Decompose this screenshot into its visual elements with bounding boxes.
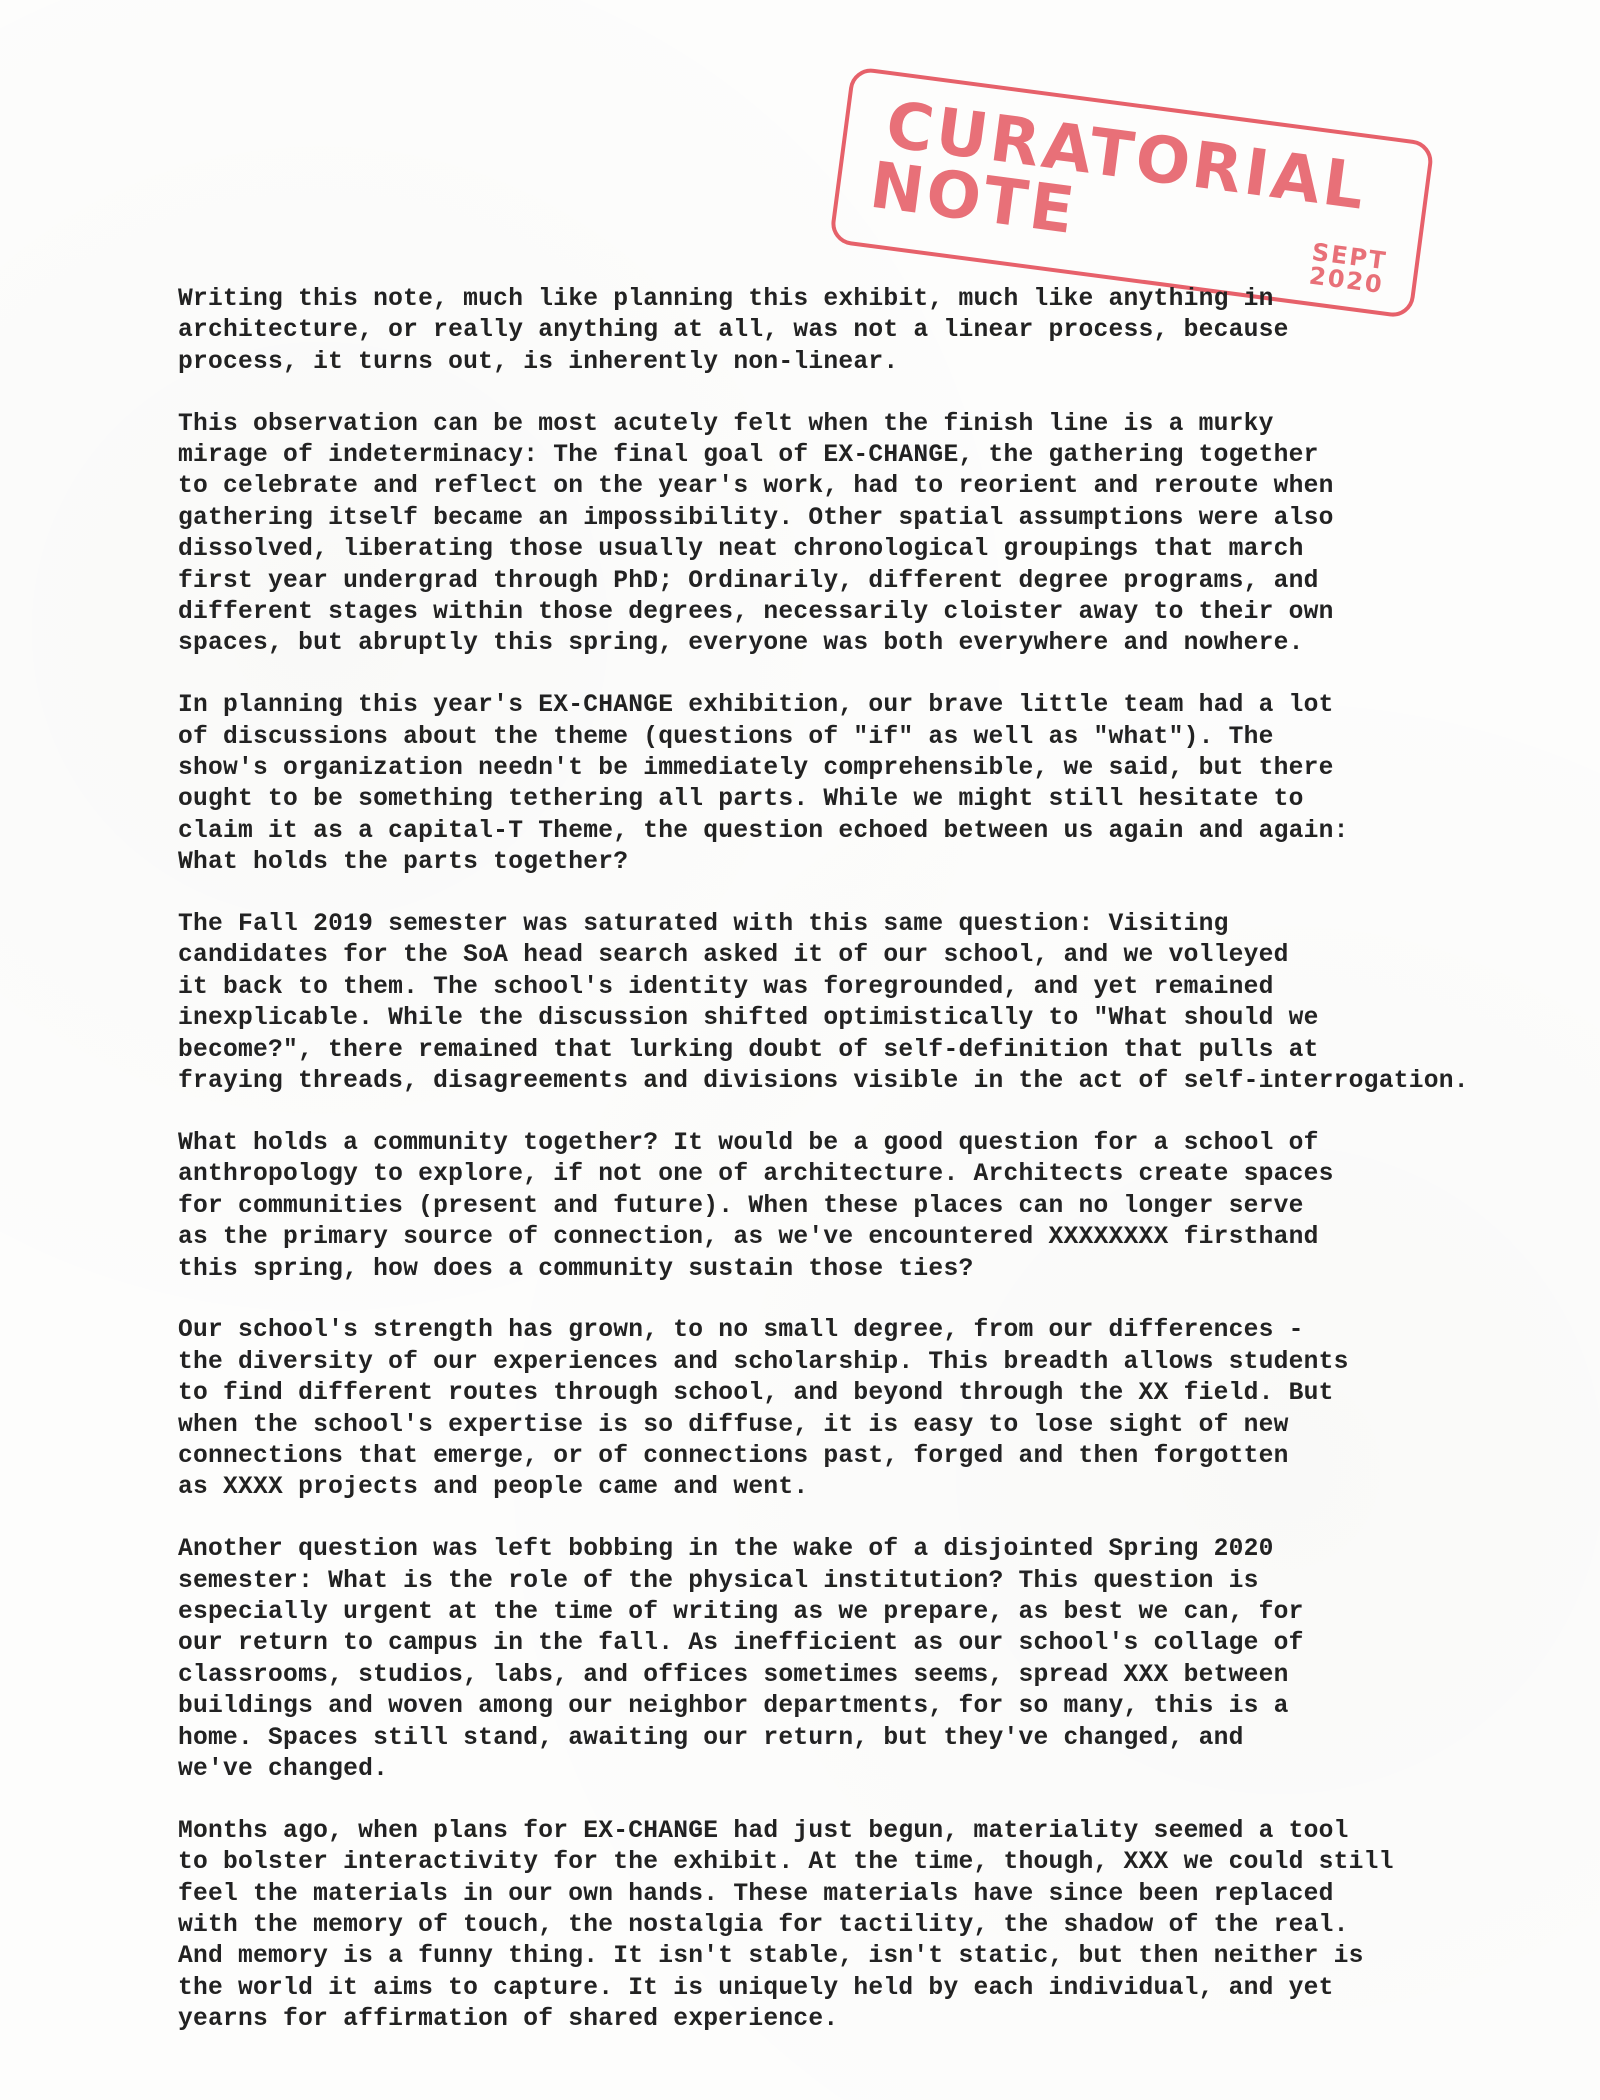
note-line: In planning this year's EX-CHANGE exhibi… bbox=[178, 690, 1538, 721]
note-line: architecture, or really anything at all,… bbox=[178, 315, 1538, 346]
note-paragraph: Another question was left bobbing in the… bbox=[178, 1534, 1538, 1785]
note-line: Months ago, when plans for EX-CHANGE had… bbox=[178, 1816, 1538, 1847]
note-line: mirage of indeterminacy: The final goal … bbox=[178, 440, 1538, 471]
note-line: become?", there remained that lurking do… bbox=[178, 1035, 1538, 1066]
note-line: anthropology to explore, if not one of a… bbox=[178, 1159, 1538, 1190]
note-line: process, it turns out, is inherently non… bbox=[178, 347, 1538, 378]
note-line: Our school's strength has grown, to no s… bbox=[178, 1315, 1538, 1346]
note-line: show's organization needn't be immediate… bbox=[178, 753, 1538, 784]
note-line: to bolster interactivity for the exhibit… bbox=[178, 1847, 1538, 1878]
note-paragraph: This observation can be most acutely fel… bbox=[178, 409, 1538, 660]
note-line: home. Spaces still stand, awaiting our r… bbox=[178, 1723, 1538, 1754]
note-line: as XXXX projects and people came and wen… bbox=[178, 1472, 1538, 1503]
note-line: especially urgent at the time of writing… bbox=[178, 1597, 1538, 1628]
curatorial-note-stamp: CURATORIAL NOTE SEPT 2020 bbox=[829, 66, 1435, 319]
note-line: semester: What is the role of the physic… bbox=[178, 1566, 1538, 1597]
note-line: candidates for the SoA head search asked… bbox=[178, 940, 1538, 971]
note-line: inexplicable. While the discussion shift… bbox=[178, 1003, 1538, 1034]
note-line: Writing this note, much like planning th… bbox=[178, 284, 1538, 315]
note-line: the world it aims to capture. It is uniq… bbox=[178, 1973, 1538, 2004]
note-line: yearns for affirmation of shared experie… bbox=[178, 2004, 1538, 2035]
note-line: it back to them. The school's identity w… bbox=[178, 972, 1538, 1003]
note-line: different stages within those degrees, n… bbox=[178, 597, 1538, 628]
note-line: fraying threads, disagreements and divis… bbox=[178, 1066, 1538, 1097]
note-line: What holds the parts together? bbox=[178, 847, 1538, 878]
note-line: spaces, but abruptly this spring, everyo… bbox=[178, 628, 1538, 659]
note-paragraph: In planning this year's EX-CHANGE exhibi… bbox=[178, 690, 1538, 878]
note-line: And memory is a funny thing. It isn't st… bbox=[178, 1941, 1538, 1972]
note-line: our return to campus in the fall. As ine… bbox=[178, 1628, 1538, 1659]
note-line: The Fall 2019 semester was saturated wit… bbox=[178, 909, 1538, 940]
note-line: this spring, how does a community sustai… bbox=[178, 1254, 1538, 1285]
note-paragraph: Writing this note, much like planning th… bbox=[178, 284, 1538, 378]
note-line: claim it as a capital-T Theme, the quest… bbox=[178, 816, 1538, 847]
note-line: feel the materials in our own hands. The… bbox=[178, 1879, 1538, 1910]
note-line: with the memory of touch, the nostalgia … bbox=[178, 1910, 1538, 1941]
note-line: classrooms, studios, labs, and offices s… bbox=[178, 1660, 1538, 1691]
note-line: dissolved, liberating those usually neat… bbox=[178, 534, 1538, 565]
note-line: the diversity of our experiences and sch… bbox=[178, 1347, 1538, 1378]
note-paragraph: Our school's strength has grown, to no s… bbox=[178, 1315, 1538, 1503]
note-line: to find different routes through school,… bbox=[178, 1378, 1538, 1409]
note-line: as the primary source of connection, as … bbox=[178, 1222, 1538, 1253]
note-line: What holds a community together? It woul… bbox=[178, 1128, 1538, 1159]
note-line: ought to be something tethering all part… bbox=[178, 784, 1538, 815]
note-line: buildings and woven among our neighbor d… bbox=[178, 1691, 1538, 1722]
note-line: we've changed. bbox=[178, 1754, 1538, 1785]
note-line: when the school's expertise is so diffus… bbox=[178, 1410, 1538, 1441]
note-paragraph: The Fall 2019 semester was saturated wit… bbox=[178, 909, 1538, 1097]
note-line: This observation can be most acutely fel… bbox=[178, 409, 1538, 440]
note-line: Another question was left bobbing in the… bbox=[178, 1534, 1538, 1565]
note-line: connections that emerge, or of connectio… bbox=[178, 1441, 1538, 1472]
note-line: gathering itself became an impossibility… bbox=[178, 503, 1538, 534]
note-paragraph: Months ago, when plans for EX-CHANGE had… bbox=[178, 1816, 1538, 2036]
curatorial-note-body: Writing this note, much like planning th… bbox=[178, 284, 1538, 2066]
note-line: for communities (present and future). Wh… bbox=[178, 1191, 1538, 1222]
note-paragraph: What holds a community together? It woul… bbox=[178, 1128, 1538, 1285]
note-line: first year undergrad through PhD; Ordina… bbox=[178, 566, 1538, 597]
note-line: of discussions about the theme (question… bbox=[178, 722, 1538, 753]
note-line: to celebrate and reflect on the year's w… bbox=[178, 471, 1538, 502]
